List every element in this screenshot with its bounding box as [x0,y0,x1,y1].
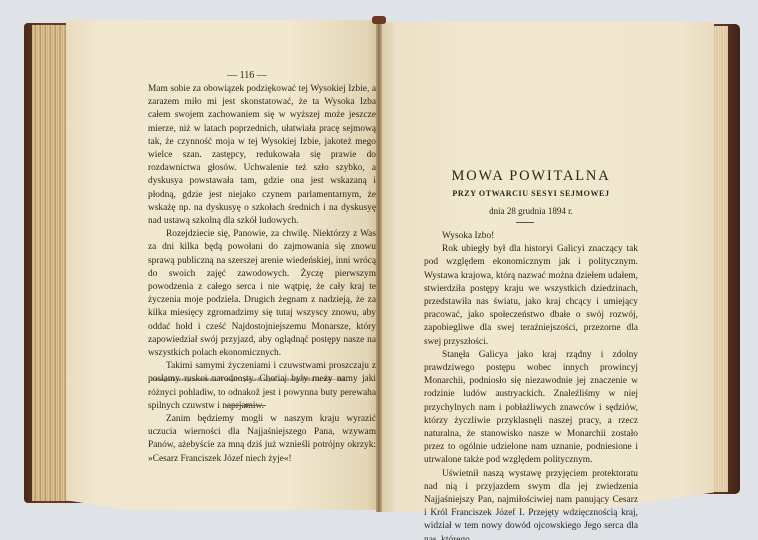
left-page-body: Mam sobie za obowiązek podziękować tej W… [148,83,376,466]
book-gutter [376,20,382,512]
speech-title: MOWA POWITALNA [424,168,638,185]
paragraph: Rok ubiegły był dla historyi Galicyi zna… [424,243,638,349]
paragraph: Uświetnił naszą wystawę przyjęciem prote… [424,468,638,540]
speech-subtitle: PRZY OTWARCIU SESYI SEJMOWEJ [424,189,638,198]
paragraph: Mam sobie za obowiązek podziękować tej W… [148,83,376,228]
spine-headband [372,16,386,24]
paragraph: Zanim będziemy mogli w naszym kraju wyra… [148,413,376,466]
footnote: Stenograficzne sprawozdania z V sesyi VI… [150,376,348,385]
speech-date: dnia 28 grudnia 1894 r. [424,206,638,216]
paragraph: Rozejdziecie się, Panowie, za chwilę. Ni… [148,228,376,360]
title-divider [516,222,534,223]
open-book: — 116 — Mam sobie za obowiązek podziękow… [0,0,758,540]
end-ornament-rule [226,405,266,406]
paragraph: Stanęła Galicya jako kraj rządny i zdoln… [424,349,638,468]
page-number: — 116 — [217,70,277,81]
right-page-body: Wysoka Izbo! Rok ubiegły był dla history… [424,230,638,540]
salutation: Wysoka Izbo! [424,230,638,243]
